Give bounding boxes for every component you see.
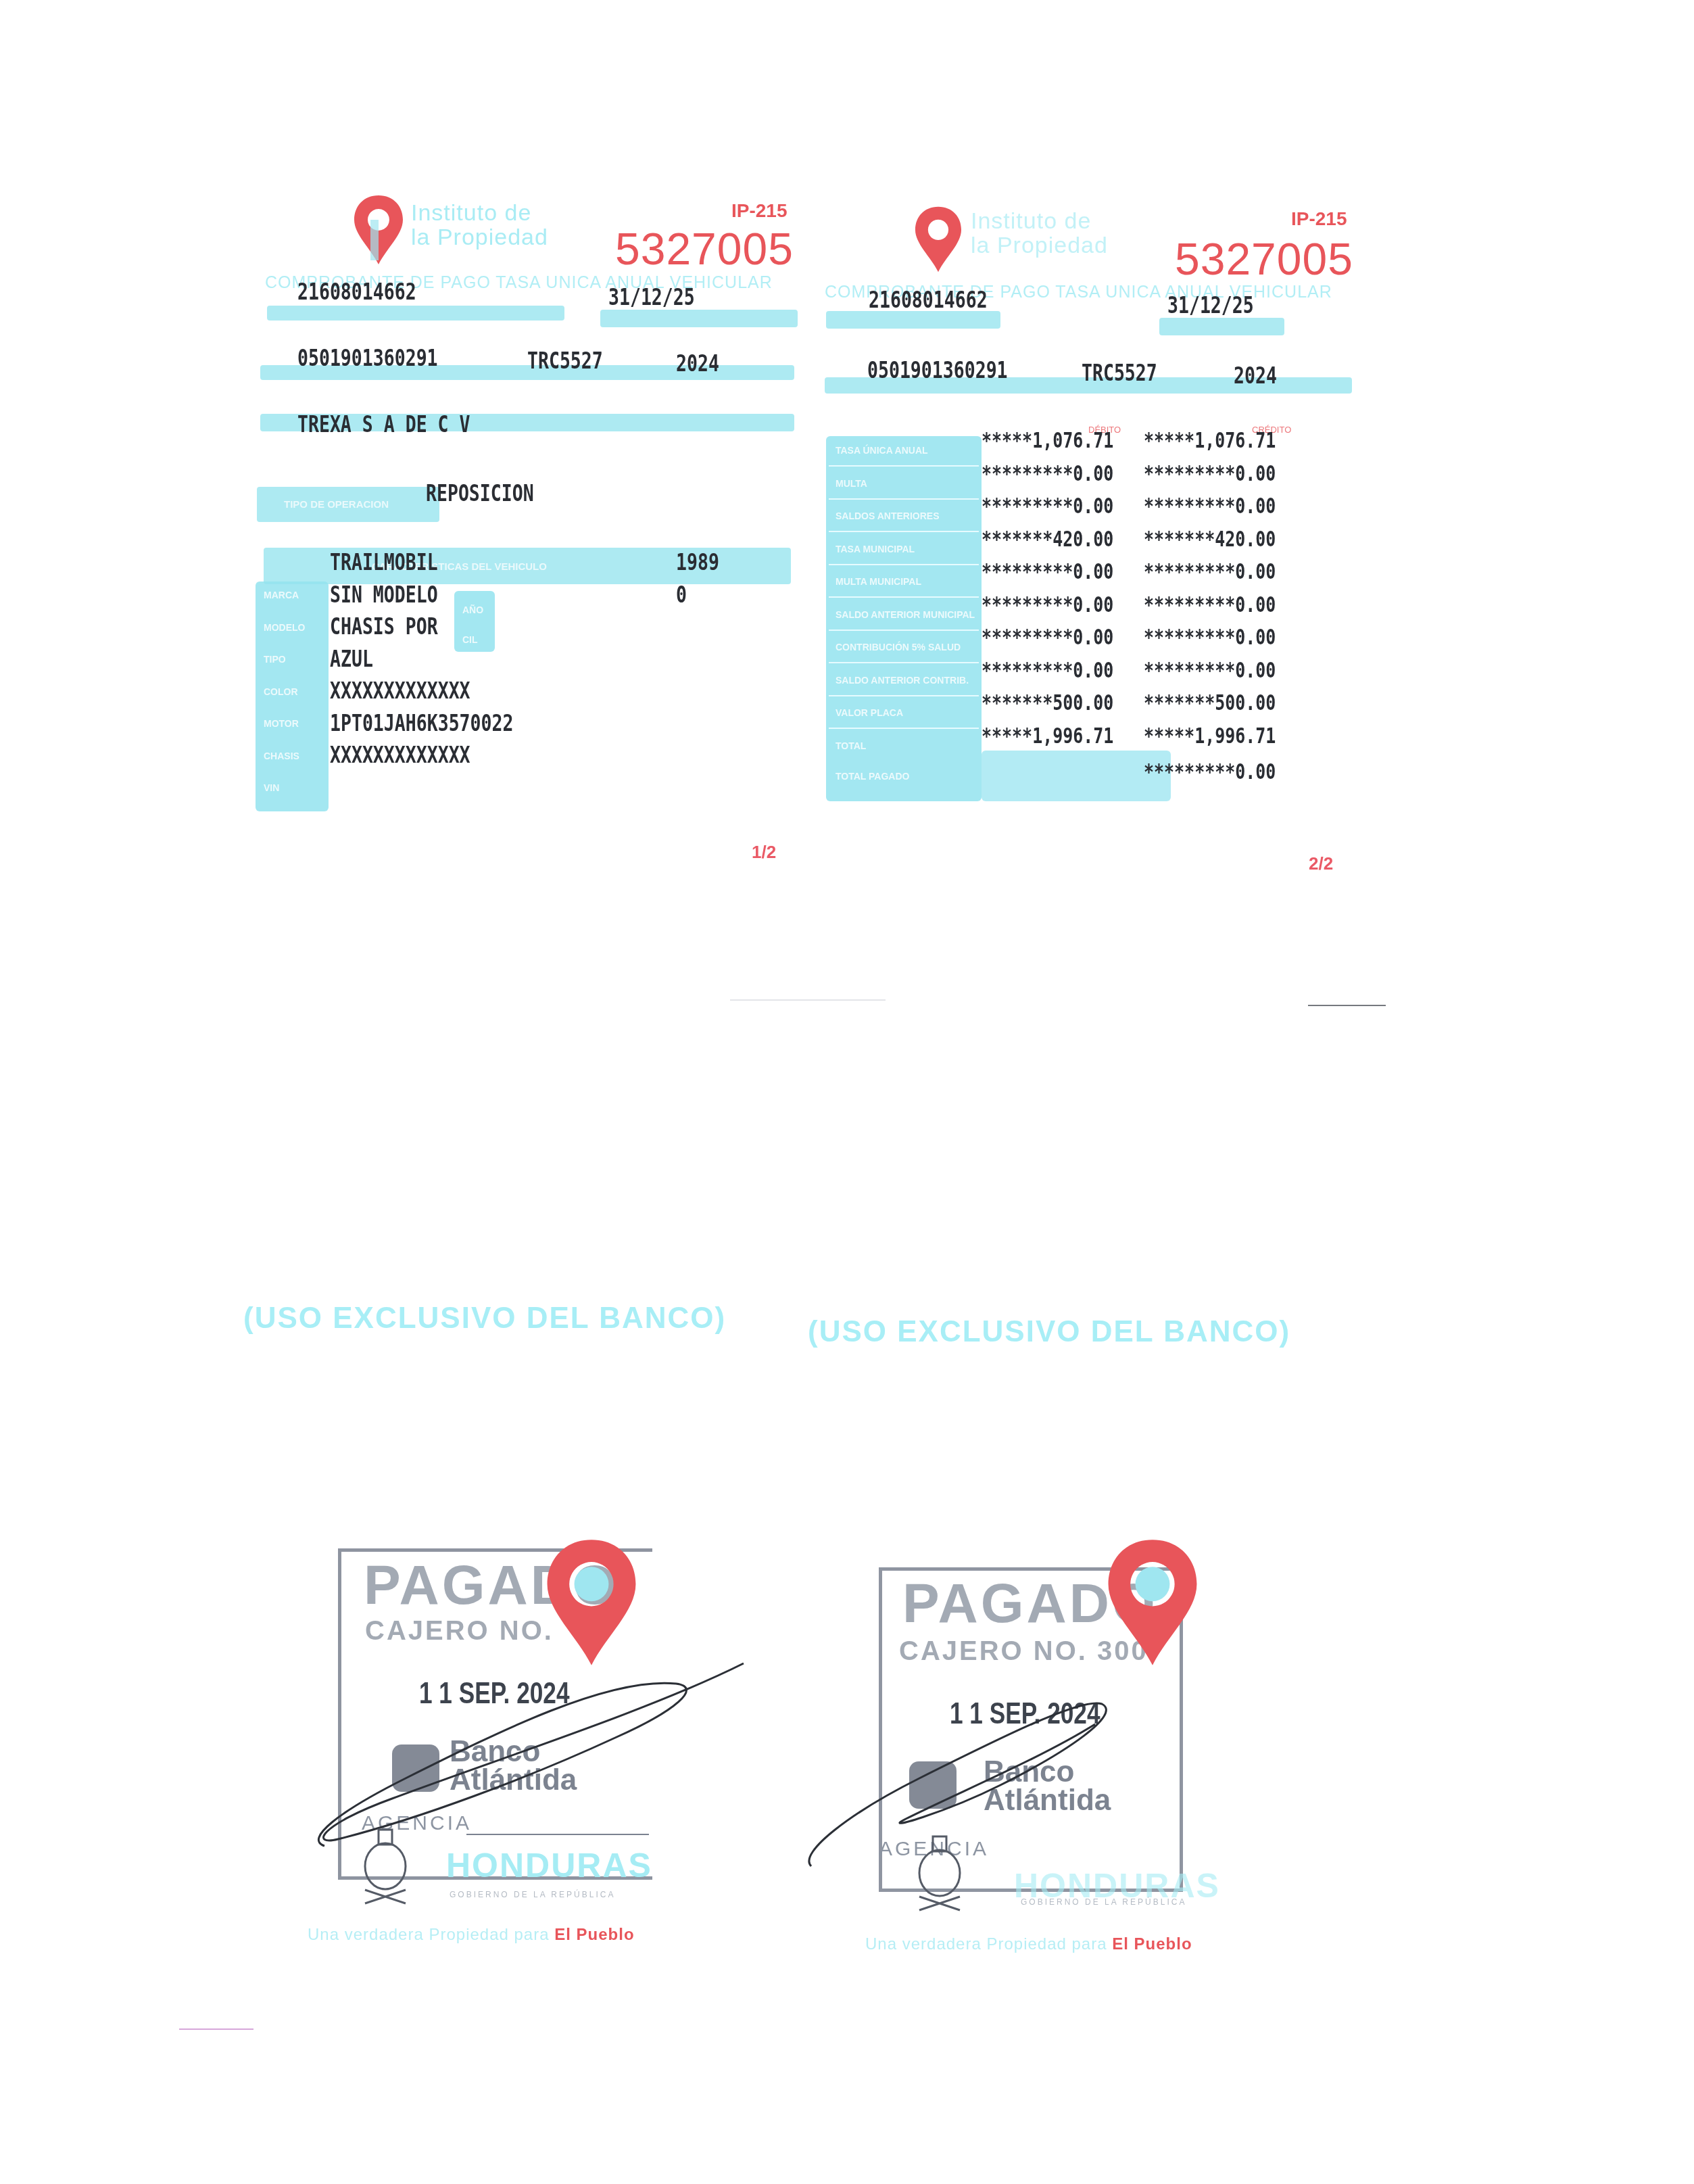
- charge-debit: *********0.00: [982, 493, 1113, 519]
- vehicle-field-value: CHASIS POR: [330, 613, 438, 640]
- vehicle-field-label: TIPO: [264, 654, 286, 665]
- charge-label: CONTRIBUCIÓN 5% SALUD: [836, 642, 961, 652]
- total-paid-value: *********0.00: [1144, 759, 1276, 784]
- vehicle-field-value: 1PT01JAH6K3570022: [330, 710, 513, 737]
- total-paid-label: TOTAL PAGADO: [836, 771, 909, 782]
- row-divider: [829, 564, 979, 565]
- charge-credit: *********0.00: [1144, 592, 1276, 617]
- charge-label: VALOR PLACA: [836, 707, 903, 718]
- instituto-propiedad-pin-icon: [913, 204, 964, 275]
- charge-debit: *********0.00: [982, 592, 1113, 617]
- slogan: Una verdadera Propiedad para El Pueblo: [865, 1935, 1192, 1954]
- vehicle-field-value: TRAILMOBIL: [330, 549, 438, 576]
- owner-name: TREXA S A DE C V: [297, 411, 470, 438]
- charge-label: TASA MUNICIPAL: [836, 544, 915, 554]
- charge-debit: *******420.00: [982, 526, 1113, 552]
- cut-line: [179, 2028, 253, 2030]
- cut-line: [1308, 1005, 1386, 1006]
- operation-type: REPOSICION: [426, 480, 534, 507]
- row-divider: [829, 662, 979, 663]
- form-code: IP-215: [731, 200, 788, 222]
- owner-id: 0501901360291: [297, 345, 438, 372]
- account-field-bar: [267, 306, 564, 321]
- charge-debit: *****1,996.71: [982, 723, 1113, 749]
- charge-credit: *********0.00: [1144, 493, 1276, 519]
- vehicle-field-label: CHASIS: [264, 751, 299, 761]
- charge-credit: *********0.00: [1144, 559, 1276, 584]
- form-code: IP-215: [1291, 208, 1347, 230]
- due-date: 31/12/25: [1167, 292, 1254, 319]
- charge-debit: *******500.00: [982, 690, 1113, 715]
- vehicle-field-value: SIN MODELO: [330, 581, 438, 609]
- vehicle-field-label: MARCA: [264, 590, 299, 600]
- row-divider: [829, 630, 979, 631]
- charge-label: SALDO ANTERIOR MUNICIPAL: [836, 609, 975, 620]
- page-marker: 2/2: [1309, 853, 1333, 874]
- country-wordmark: HONDURAS: [446, 1846, 652, 1885]
- bank-use-label: (USO EXCLUSIVO DEL BANCO): [808, 1315, 1290, 1349]
- account-number: 21608014662: [297, 279, 416, 306]
- charge-debit: *********0.00: [982, 624, 1113, 650]
- signature-scribble: [798, 1650, 1163, 1880]
- vehicle-field-value: XXXXXXXXXXXXX: [330, 678, 470, 705]
- charge-credit: *******420.00: [1144, 526, 1276, 552]
- plate-number: TRC5527: [527, 348, 603, 375]
- folio-number: 5327005: [615, 223, 794, 275]
- row-divider: [829, 465, 979, 467]
- issuer-name-line1: Instituto de: [411, 201, 531, 224]
- charge-label: SALDO ANTERIOR CONTRIB.: [836, 675, 969, 686]
- page-marker: 1/2: [752, 842, 776, 863]
- coat-of-arms-icon: [355, 1826, 416, 1907]
- owner-id: 0501901360291: [867, 357, 1008, 384]
- row-divider: [829, 728, 979, 729]
- charge-label: MULTA MUNICIPAL: [836, 576, 921, 587]
- cut-line: [730, 999, 886, 1001]
- bank-use-label: (USO EXCLUSIVO DEL BANCO): [243, 1302, 726, 1335]
- vehicle-field-label: VIN: [264, 782, 279, 793]
- vehicle-field-label: MODELO: [264, 622, 305, 633]
- charge-credit: *****1,996.71: [1144, 723, 1276, 749]
- government-line: GOBIERNO DE LA REPÚBLICA: [450, 1890, 615, 1899]
- charge-label: SALDOS ANTERIORES: [836, 511, 940, 521]
- issuer-name-line1: Instituto de: [971, 210, 1091, 233]
- vehicle-field-value: XXXXXXXXXXXXX: [330, 742, 470, 769]
- charge-label: TASA ÚNICA ANUAL: [836, 445, 928, 456]
- row-divider: [829, 596, 979, 598]
- government-line: GOBIERNO DE LA REPÚBLICA: [1021, 1897, 1186, 1907]
- charge-debit: *********0.00: [982, 657, 1113, 683]
- charge-credit: *********0.00: [1144, 460, 1276, 486]
- row-divider: [829, 498, 979, 500]
- charge-debit: *********0.00: [982, 460, 1113, 486]
- operation-type-label: TIPO DE OPERACION: [284, 499, 389, 511]
- issuer-name-line2: la Propiedad: [411, 226, 548, 249]
- account-number: 21608014662: [869, 287, 988, 314]
- coat-of-arms-icon: [909, 1832, 970, 1914]
- cylinders-label: CIL: [462, 634, 478, 645]
- issuer-name-line2: la Propiedad: [971, 234, 1108, 257]
- plate-number: TRC5527: [1082, 360, 1157, 387]
- charge-credit: *******500.00: [1144, 690, 1276, 715]
- charge-label: MULTA: [836, 478, 867, 489]
- cylinders: 0: [676, 581, 687, 609]
- instituto-propiedad-pin-icon: [352, 193, 406, 267]
- charge-debit: *********0.00: [982, 559, 1113, 584]
- tax-year: 2024: [676, 350, 719, 377]
- charge-credit: *********0.00: [1144, 624, 1276, 650]
- total-paid-band: [982, 751, 1171, 801]
- due-date: 31/12/25: [608, 284, 695, 311]
- year-model-label: AÑO: [462, 604, 483, 615]
- charge-credit: *****1,076.71: [1144, 427, 1276, 453]
- vehicle-field-label: COLOR: [264, 686, 298, 697]
- due-date-field-bar: [1159, 318, 1284, 335]
- due-date-field-bar: [600, 310, 798, 327]
- row-divider: [829, 695, 979, 696]
- year-model: 1989: [676, 549, 719, 576]
- vehicle-field-value: AZUL: [330, 646, 373, 673]
- tax-year: 2024: [1234, 362, 1277, 389]
- folio-number: 5327005: [1175, 233, 1353, 285]
- row-divider: [829, 531, 979, 532]
- charge-label: TOTAL: [836, 740, 866, 751]
- charge-credit: *********0.00: [1144, 657, 1276, 683]
- charge-debit: *****1,076.71: [982, 427, 1113, 453]
- vehicle-field-label: MOTOR: [264, 718, 299, 729]
- slogan: Una verdadera Propiedad para El Pueblo: [308, 1926, 635, 1945]
